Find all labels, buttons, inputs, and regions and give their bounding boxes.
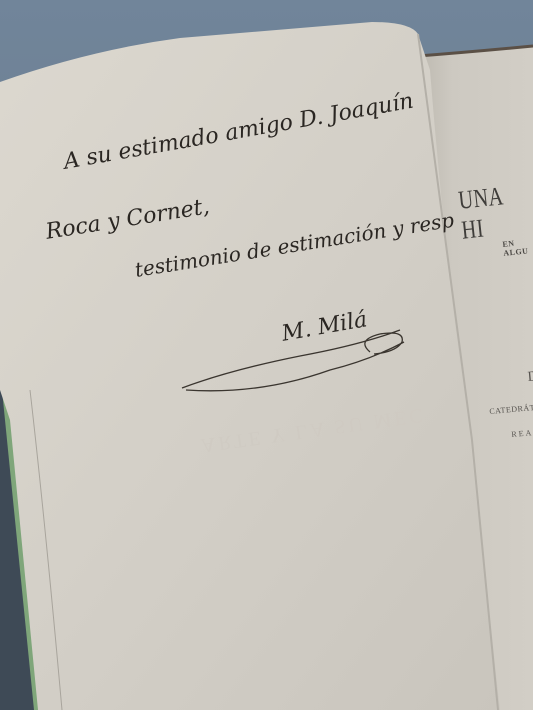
book-photograph: UNA HI EN ALGU D CATEDRÁT REA ARTE Y LA … bbox=[0, 0, 533, 710]
subtitle-text: EN ALGU bbox=[502, 237, 533, 258]
title-text: UNA HI bbox=[457, 180, 522, 246]
institution-text: REA bbox=[511, 428, 533, 439]
author-initial: D bbox=[527, 369, 533, 386]
book-shapes bbox=[0, 0, 533, 710]
